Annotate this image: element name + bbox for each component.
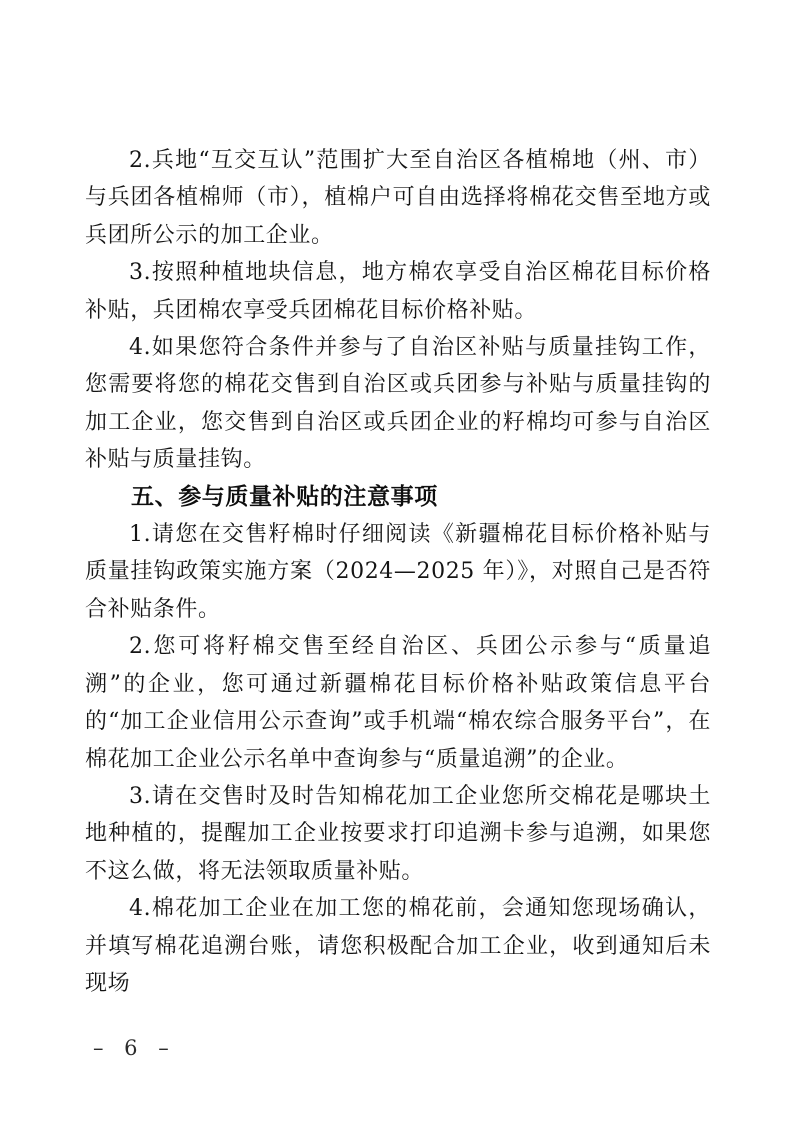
document-body: 2.兵地“互交互认”范围扩大至自治区各植棉地（州、市）与兵团各植棉师（市），植棉… (85, 142, 711, 1002)
paragraph: 4.棉花加工企业在加工您的棉花前，会通知您现场确认，并填写棉花追溯台账，请您积极… (85, 890, 711, 1002)
document-page: 2.兵地“互交互认”范围扩大至自治区各植棉地（州、市）与兵团各植棉师（市），植棉… (0, 0, 793, 1122)
section-heading: 五、参与质量补贴的注意事项 (85, 479, 711, 516)
paragraph: 2.兵地“互交互认”范围扩大至自治区各植棉地（州、市）与兵团各植棉师（市），植棉… (85, 142, 711, 254)
page-number: – 6 – (93, 1036, 176, 1060)
paragraph: 2.您可将籽棉交售至经自治区、兵团公示参与“质量追溯”的企业，您可通过新疆棉花目… (85, 628, 711, 778)
paragraph: 4.如果您符合条件并参与了自治区补贴与质量挂钩工作，您需要将您的棉花交售到自治区… (85, 329, 711, 479)
paragraph: 3.请在交售时及时告知棉花加工企业您所交棉花是哪块土地种植的，提醒加工企业按要求… (85, 778, 711, 890)
paragraph: 1.请您在交售籽棉时仔细阅读《新疆棉花目标价格补贴与质量挂钩政策实施方案（202… (85, 516, 711, 628)
paragraph: 3.按照种植地块信息，地方棉农享受自治区棉花目标价格补贴，兵团棉农享受兵团棉花目… (85, 254, 711, 329)
